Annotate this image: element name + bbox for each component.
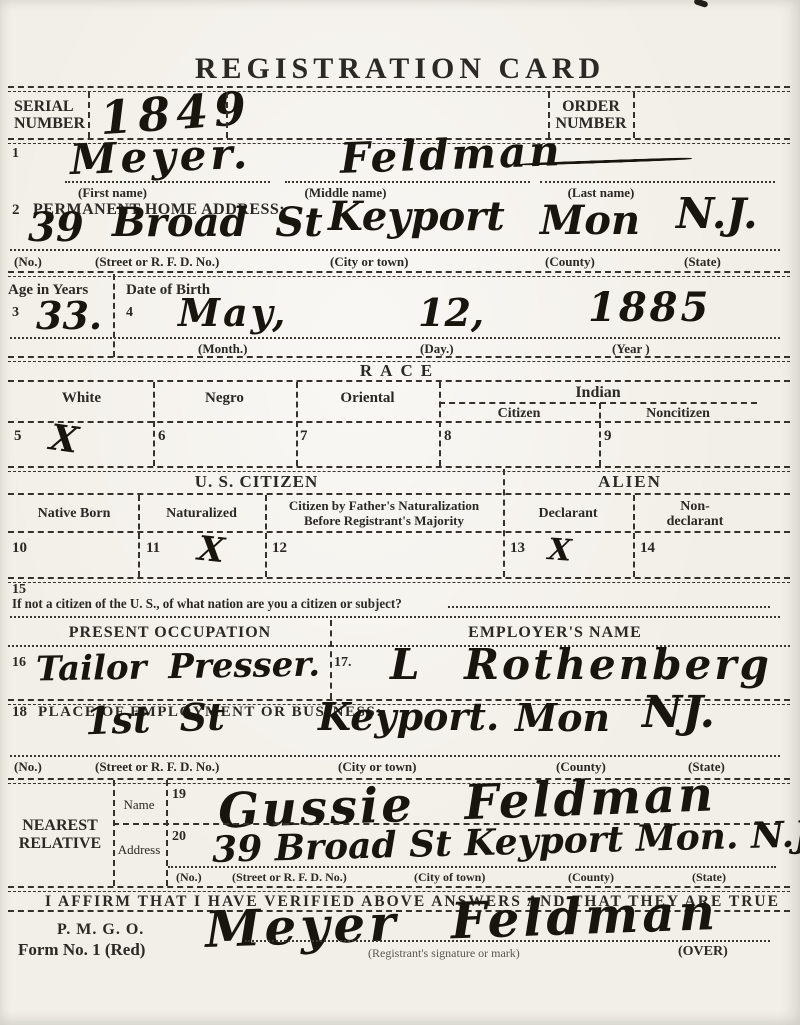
divider [8, 421, 790, 423]
line-number: 20 [172, 829, 186, 845]
cell-divider [153, 382, 155, 466]
cell-divider [88, 92, 90, 138]
box-number: 10 [12, 540, 27, 557]
city-caption: (City of town) [414, 871, 485, 884]
county-caption: (County) [545, 255, 595, 270]
divider [8, 577, 790, 583]
street-caption: (Street or R. F. D. No.) [232, 871, 347, 884]
city-caption: (City or town) [330, 255, 408, 270]
divider [8, 271, 790, 277]
cell-divider [503, 469, 505, 577]
month-caption: (Month.) [198, 342, 247, 357]
line-number: 15 [12, 582, 26, 598]
street-caption: (Street or R. F. D. No.) [95, 760, 219, 775]
birth-month-value: May, [178, 294, 288, 332]
county-caption: (County) [568, 871, 614, 884]
street-caption: (Street or R. F. D. No.) [95, 255, 219, 270]
signature-caption: (Registrant's signature or mark) [368, 947, 520, 960]
line-number: 4 [126, 305, 133, 321]
cell-divider [138, 495, 140, 577]
home-address-state: N.J. [676, 193, 758, 235]
nondeclarant-label: declarant [633, 514, 757, 530]
form-number-text: Form No. 1 (Red) [18, 940, 145, 959]
home-address-no: 39 [28, 208, 84, 248]
employment-city: Keyport. [318, 698, 499, 736]
registrant-signature: Meyer Feldman [204, 887, 719, 955]
writing-line [285, 181, 530, 183]
nearest-relative-heading: NEAREST [8, 817, 112, 835]
box-number: 14 [640, 540, 655, 557]
first-name-value: Meyer. [69, 133, 252, 181]
race-indian-noncitizen-label: Noncitizen [599, 406, 757, 422]
relative-address-label: Address [112, 843, 166, 858]
serial-number-label: NUMBER [14, 115, 85, 133]
birth-day-value: 12, [418, 294, 484, 332]
age-value: 33. [36, 297, 102, 335]
occupation-heading: PRESENT OCCUPATION [10, 624, 330, 642]
state-caption: (State) [684, 255, 721, 270]
home-address-city: Keyport [328, 197, 505, 237]
home-address-county: Mon [540, 201, 640, 241]
race-white-label: White [10, 390, 153, 407]
birth-year-value: 1885 [588, 288, 711, 328]
registration-card: REGISTRATION CARD SERIAL NUMBER 1849 ORD… [0, 0, 800, 1025]
line-number: 16 [12, 655, 26, 671]
writing-line [10, 337, 780, 339]
race-oriental-label: Oriental [296, 390, 439, 407]
box-number: 9 [604, 428, 612, 445]
employment-no-street: 1st St [84, 698, 225, 741]
divider [8, 380, 790, 382]
cell-divider [599, 403, 601, 466]
signature-line [245, 940, 770, 942]
home-address-street: Broad St [112, 203, 323, 243]
alien-heading: ALIEN [503, 472, 757, 491]
writing-line [65, 181, 270, 183]
no-caption: (No.) [14, 760, 42, 775]
native-born-label: Native Born [10, 506, 138, 522]
declarant-label: Declarant [503, 506, 633, 522]
nearest-relative-heading: RELATIVE [8, 835, 112, 853]
cell-divider [113, 780, 115, 886]
year-caption: (Year ) [612, 342, 650, 357]
employer-value: L Rothenberg [390, 644, 772, 686]
race-negro-label: Negro [153, 390, 296, 407]
race-indian-label: Indian [439, 384, 757, 402]
line-number: 17. [334, 655, 352, 671]
line-number: 18 [12, 704, 27, 721]
box-number: 7 [300, 428, 308, 445]
occupation-value: Tailor Presser. [36, 648, 321, 687]
cell-divider [633, 92, 635, 138]
writing-line [168, 866, 776, 868]
order-number-label: NUMBER [551, 115, 631, 133]
last-name-value: Feldman [339, 130, 563, 180]
race-heading: RACE [0, 361, 800, 380]
line-number: 2 [12, 202, 20, 219]
pmgo-text: P. M. G. O. [57, 921, 144, 939]
line-number: 1 [12, 146, 19, 162]
line-number: 19 [172, 787, 186, 803]
cell-divider [439, 382, 441, 466]
divider [8, 531, 790, 533]
naturalized-mark: X [196, 532, 226, 569]
box-number: 8 [444, 428, 452, 445]
writing-line [540, 181, 775, 183]
father-naturalization-label: Citizen by Father's Naturalization [265, 499, 503, 514]
nondeclarant-label: Non- [633, 499, 757, 515]
no-caption: (No.) [14, 255, 42, 270]
writing-line [10, 616, 780, 618]
cell-divider [633, 495, 635, 577]
race-white-mark: X [48, 419, 81, 459]
cell-divider [113, 274, 115, 357]
day-caption: (Day.) [420, 342, 454, 357]
order-number-label: ORDER [551, 98, 631, 116]
cell-divider [296, 382, 298, 466]
no-caption: (No.) [176, 871, 202, 884]
declarant-mark: X [547, 535, 572, 567]
over-text: (OVER) [678, 944, 728, 960]
writing-line [10, 755, 780, 757]
box-number: 6 [158, 428, 166, 445]
box-number: 12 [272, 540, 287, 557]
page-title: REGISTRATION CARD [0, 52, 800, 86]
divider [8, 493, 790, 495]
box-number: 11 [146, 540, 160, 557]
serial-number-label: SERIAL [14, 98, 74, 116]
divider [439, 402, 757, 404]
naturalized-label: Naturalized [138, 506, 265, 522]
city-caption: (City or town) [338, 760, 416, 775]
writing-line [448, 606, 770, 608]
box-number: 5 [14, 428, 22, 445]
employment-county: Mon [515, 699, 610, 737]
race-indian-citizen-label: Citizen [439, 406, 599, 422]
box-number: 13 [510, 540, 525, 557]
cell-divider [166, 780, 168, 886]
us-citizen-heading: U. S. CITIZEN [10, 472, 503, 491]
writing-line [10, 249, 780, 251]
scan-artifact [693, 0, 708, 8]
citizenship-question: If not a citizen of the U. S., of what n… [12, 597, 402, 613]
cell-divider [265, 495, 267, 577]
line-number: 3 [12, 305, 19, 321]
father-naturalization-label: Before Registrant's Majority [265, 514, 503, 529]
relative-name-label: Name [114, 798, 164, 813]
employment-state: NJ. [642, 691, 715, 735]
